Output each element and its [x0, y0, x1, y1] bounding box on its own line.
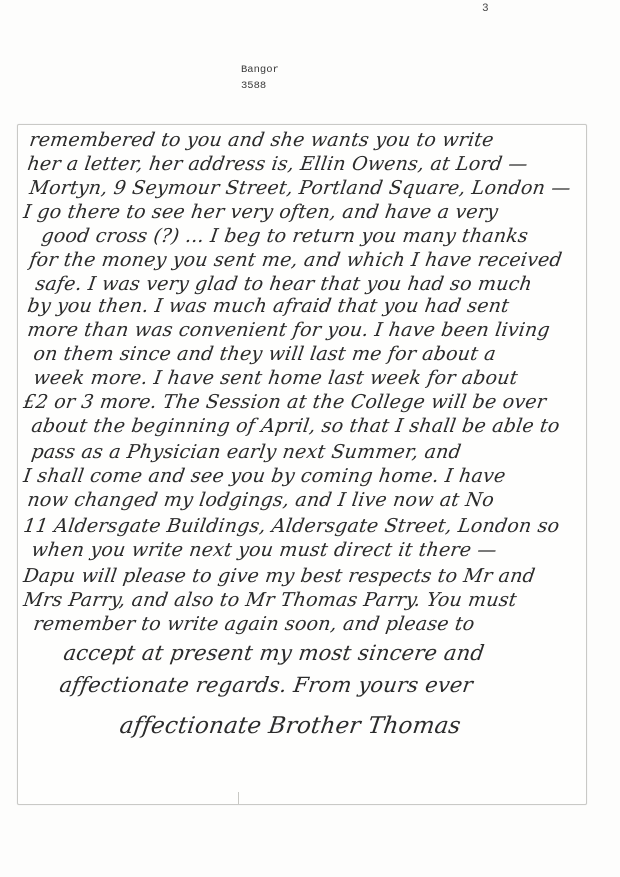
- letter-line: safe. I was very glad to hear that you h…: [34, 273, 534, 295]
- letter-line: week more. I have sent home last week fo…: [32, 367, 519, 389]
- letter-line: I go there to see her very often, and ha…: [22, 201, 500, 223]
- letter-line: good cross (?) ... I beg to return you m…: [40, 225, 530, 247]
- letter-line: for the money you sent me, and which I h…: [28, 249, 563, 271]
- letter-line: I shall come and see you by coming home.…: [22, 465, 507, 487]
- letter-line: remembered to you and she wants you to w…: [28, 129, 495, 151]
- letter-line: more than was convenient for you. I have…: [26, 319, 551, 341]
- letter-line: 11 Aldersgate Buildings, Aldersgate Stre…: [22, 515, 561, 537]
- archive-label: Bangor 3588: [241, 62, 279, 94]
- letter-line: about the beginning of April, so that I …: [30, 415, 561, 437]
- letter-line: remember to write again soon, and please…: [32, 613, 476, 635]
- letter-line: now changed my lodgings, and I live now …: [26, 489, 496, 511]
- letter-line: affectionate regards. From yours ever: [58, 673, 475, 697]
- archive-name: Bangor: [241, 62, 279, 78]
- letter-line: pass as a Physician early next Summer, a…: [30, 441, 463, 463]
- letter-line: Mortyn, 9 Seymour Street, Portland Squar…: [28, 177, 572, 199]
- page-number: 3: [482, 3, 489, 15]
- letter-line: her a letter, her address is, Ellin Owen…: [26, 153, 529, 175]
- letter-line: Dapu will please to give my best respect…: [22, 565, 537, 587]
- letter-line: by you then. I was much afraid that you …: [26, 295, 511, 317]
- archive-reference: 3588: [241, 78, 279, 94]
- letter-line: Mrs Parry, and also to Mr Thomas Parry. …: [22, 589, 518, 611]
- letter-line: accept at present my most sincere and: [62, 641, 486, 665]
- letter-sheet: remembered to you and she wants you to w…: [17, 124, 587, 805]
- letter-line: £2 or 3 more. The Session at the College…: [22, 391, 548, 413]
- fold-mark: [238, 792, 239, 804]
- letter-line: on them since and they will last me for …: [32, 343, 497, 365]
- signature: affectionate Brother Thomas: [118, 713, 462, 739]
- letter-line: when you write next you must direct it t…: [30, 539, 498, 561]
